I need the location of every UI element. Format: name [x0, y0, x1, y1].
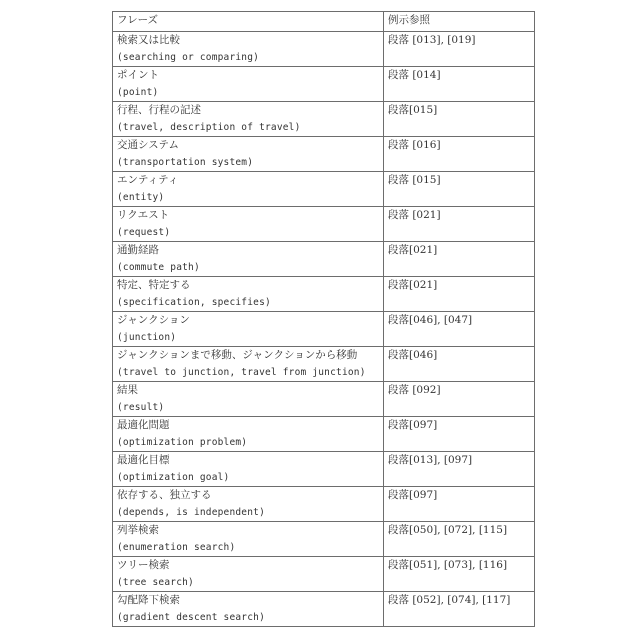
paragraph-reference: 段落[046]	[388, 347, 534, 364]
phrase-japanese: リクエスト	[117, 207, 383, 224]
phrase-cell: ジャンクション(junction)	[113, 312, 384, 347]
table-row: 交通システム(transportation system)段落 [016]	[113, 137, 535, 172]
paragraph-reference: 段落[021]	[388, 242, 534, 259]
phrase-english: (tree search)	[117, 574, 383, 591]
phrase-english: (optimization goal)	[117, 469, 383, 486]
table-row: 通勤経路(commute path)段落[021]	[113, 242, 535, 277]
table-row: 最適化問題(optimization problem)段落[097]	[113, 417, 535, 452]
header-reference: 例示参照	[384, 12, 535, 32]
paragraph-reference: 段落 [014]	[388, 67, 534, 84]
phrase-japanese: エンティティ	[117, 172, 383, 189]
paragraph-reference: 段落[051], [073], [116]	[388, 557, 534, 574]
phrase-english: (specification, specifies)	[117, 294, 383, 311]
reference-cell: 段落[013], [097]	[384, 452, 535, 487]
reference-cell: 段落 [092]	[384, 382, 535, 417]
phrase-english: (enumeration search)	[117, 539, 383, 556]
phrase-japanese: ポイント	[117, 67, 383, 84]
phrase-english: (point)	[117, 84, 383, 101]
phrase-japanese: 結果	[117, 382, 383, 399]
paragraph-reference: 段落 [016]	[388, 137, 534, 154]
reference-cell: 段落[097]	[384, 417, 535, 452]
phrase-japanese: 勾配降下検索	[117, 592, 383, 609]
phrase-english: (transportation system)	[117, 154, 383, 171]
paragraph-reference: 段落[046], [047]	[388, 312, 534, 329]
phrase-english: (optimization problem)	[117, 434, 383, 451]
phrase-japanese: 行程、行程の記述	[117, 102, 383, 119]
reference-cell: 段落[046], [047]	[384, 312, 535, 347]
phrase-cell: 検索又は比較(searching or comparing)	[113, 32, 384, 67]
phrase-english: (request)	[117, 224, 383, 241]
reference-cell: 段落 [021]	[384, 207, 535, 242]
phrase-japanese: 通勤経路	[117, 242, 383, 259]
phrase-english: (travel to junction, travel from junctio…	[117, 364, 383, 381]
phrase-japanese: 検索又は比較	[117, 32, 383, 49]
phrase-japanese: ジャンクション	[117, 312, 383, 329]
table-row: 行程、行程の記述(travel, description of travel)段…	[113, 102, 535, 137]
reference-cell: 段落[021]	[384, 242, 535, 277]
phrase-japanese: 最適化目標	[117, 452, 383, 469]
phrase-english: (travel, description of travel)	[117, 119, 383, 136]
paragraph-reference: 段落[021]	[388, 277, 534, 294]
paragraph-reference: 段落 [021]	[388, 207, 534, 224]
phrase-cell: エンティティ(entity)	[113, 172, 384, 207]
reference-cell: 段落 [016]	[384, 137, 535, 172]
phrase-japanese: 列挙検索	[117, 522, 383, 539]
phrase-english: (junction)	[117, 329, 383, 346]
header-phrase: フレーズ	[113, 12, 384, 32]
table-row: 検索又は比較(searching or comparing)段落 [013], …	[113, 32, 535, 67]
table-row: ジャンクション(junction)段落[046], [047]	[113, 312, 535, 347]
phrase-english: (gradient descent search)	[117, 609, 383, 626]
phrase-cell: 結果(result)	[113, 382, 384, 417]
reference-cell: 段落[051], [073], [116]	[384, 557, 535, 592]
paragraph-reference: 段落[013], [097]	[388, 452, 534, 469]
reference-cell: 段落[046]	[384, 347, 535, 382]
paragraph-reference: 段落 [015]	[388, 172, 534, 189]
paragraph-reference: 段落 [092]	[388, 382, 534, 399]
phrase-english: (result)	[117, 399, 383, 416]
phrase-cell: ツリー検索(tree search)	[113, 557, 384, 592]
table-row: 結果(result)段落 [092]	[113, 382, 535, 417]
phrase-cell: 行程、行程の記述(travel, description of travel)	[113, 102, 384, 137]
paragraph-reference: 段落 [013], [019]	[388, 32, 534, 49]
reference-cell: 段落[050], [072], [115]	[384, 522, 535, 557]
phrase-cell: ポイント(point)	[113, 67, 384, 102]
reference-cell: 段落 [015]	[384, 172, 535, 207]
table-row: 特定、特定する(specification, specifies)段落[021]	[113, 277, 535, 312]
paragraph-reference: 段落[097]	[388, 417, 534, 434]
phrase-japanese: ツリー検索	[117, 557, 383, 574]
table-row: 列挙検索(enumeration search)段落[050], [072], …	[113, 522, 535, 557]
phrase-japanese: 依存する、独立する	[117, 487, 383, 504]
phrase-japanese: 特定、特定する	[117, 277, 383, 294]
table-row: 最適化目標(optimization goal)段落[013], [097]	[113, 452, 535, 487]
phrase-cell: 最適化問題(optimization problem)	[113, 417, 384, 452]
phrase-reference-table: フレーズ 例示参照 検索又は比較(searching or comparing)…	[112, 11, 535, 627]
reference-cell: 段落[015]	[384, 102, 535, 137]
paragraph-reference: 段落[050], [072], [115]	[388, 522, 534, 539]
phrase-cell: 依存する、独立する(depends, is independent)	[113, 487, 384, 522]
phrase-japanese: 交通システム	[117, 137, 383, 154]
paragraph-reference: 段落 [052], [074], [117]	[388, 592, 534, 609]
header-row: フレーズ 例示参照	[113, 12, 535, 32]
reference-cell: 段落[097]	[384, 487, 535, 522]
reference-cell: 段落[021]	[384, 277, 535, 312]
paragraph-reference: 段落[015]	[388, 102, 534, 119]
phrase-cell: 列挙検索(enumeration search)	[113, 522, 384, 557]
table-row: ジャンクションまで移動、ジャンクションから移動(travel to juncti…	[113, 347, 535, 382]
table-row: エンティティ(entity)段落 [015]	[113, 172, 535, 207]
reference-cell: 段落 [013], [019]	[384, 32, 535, 67]
table-row: ポイント(point)段落 [014]	[113, 67, 535, 102]
table-row: 依存する、独立する(depends, is independent)段落[097…	[113, 487, 535, 522]
table-row: ツリー検索(tree search)段落[051], [073], [116]	[113, 557, 535, 592]
phrase-cell: 勾配降下検索(gradient descent search)	[113, 592, 384, 627]
phrase-cell: 通勤経路(commute path)	[113, 242, 384, 277]
phrase-english: (commute path)	[117, 259, 383, 276]
phrase-cell: ジャンクションまで移動、ジャンクションから移動(travel to juncti…	[113, 347, 384, 382]
phrase-english: (entity)	[117, 189, 383, 206]
phrase-cell: 最適化目標(optimization goal)	[113, 452, 384, 487]
phrase-cell: リクエスト(request)	[113, 207, 384, 242]
phrase-japanese: 最適化問題	[117, 417, 383, 434]
phrase-japanese: ジャンクションまで移動、ジャンクションから移動	[117, 347, 383, 364]
phrase-cell: 特定、特定する(specification, specifies)	[113, 277, 384, 312]
table-row: 勾配降下検索(gradient descent search)段落 [052],…	[113, 592, 535, 627]
phrase-english: (depends, is independent)	[117, 504, 383, 521]
phrase-cell: 交通システム(transportation system)	[113, 137, 384, 172]
phrase-english: (searching or comparing)	[117, 49, 383, 66]
paragraph-reference: 段落[097]	[388, 487, 534, 504]
reference-cell: 段落 [014]	[384, 67, 535, 102]
reference-cell: 段落 [052], [074], [117]	[384, 592, 535, 627]
table-row: リクエスト(request)段落 [021]	[113, 207, 535, 242]
